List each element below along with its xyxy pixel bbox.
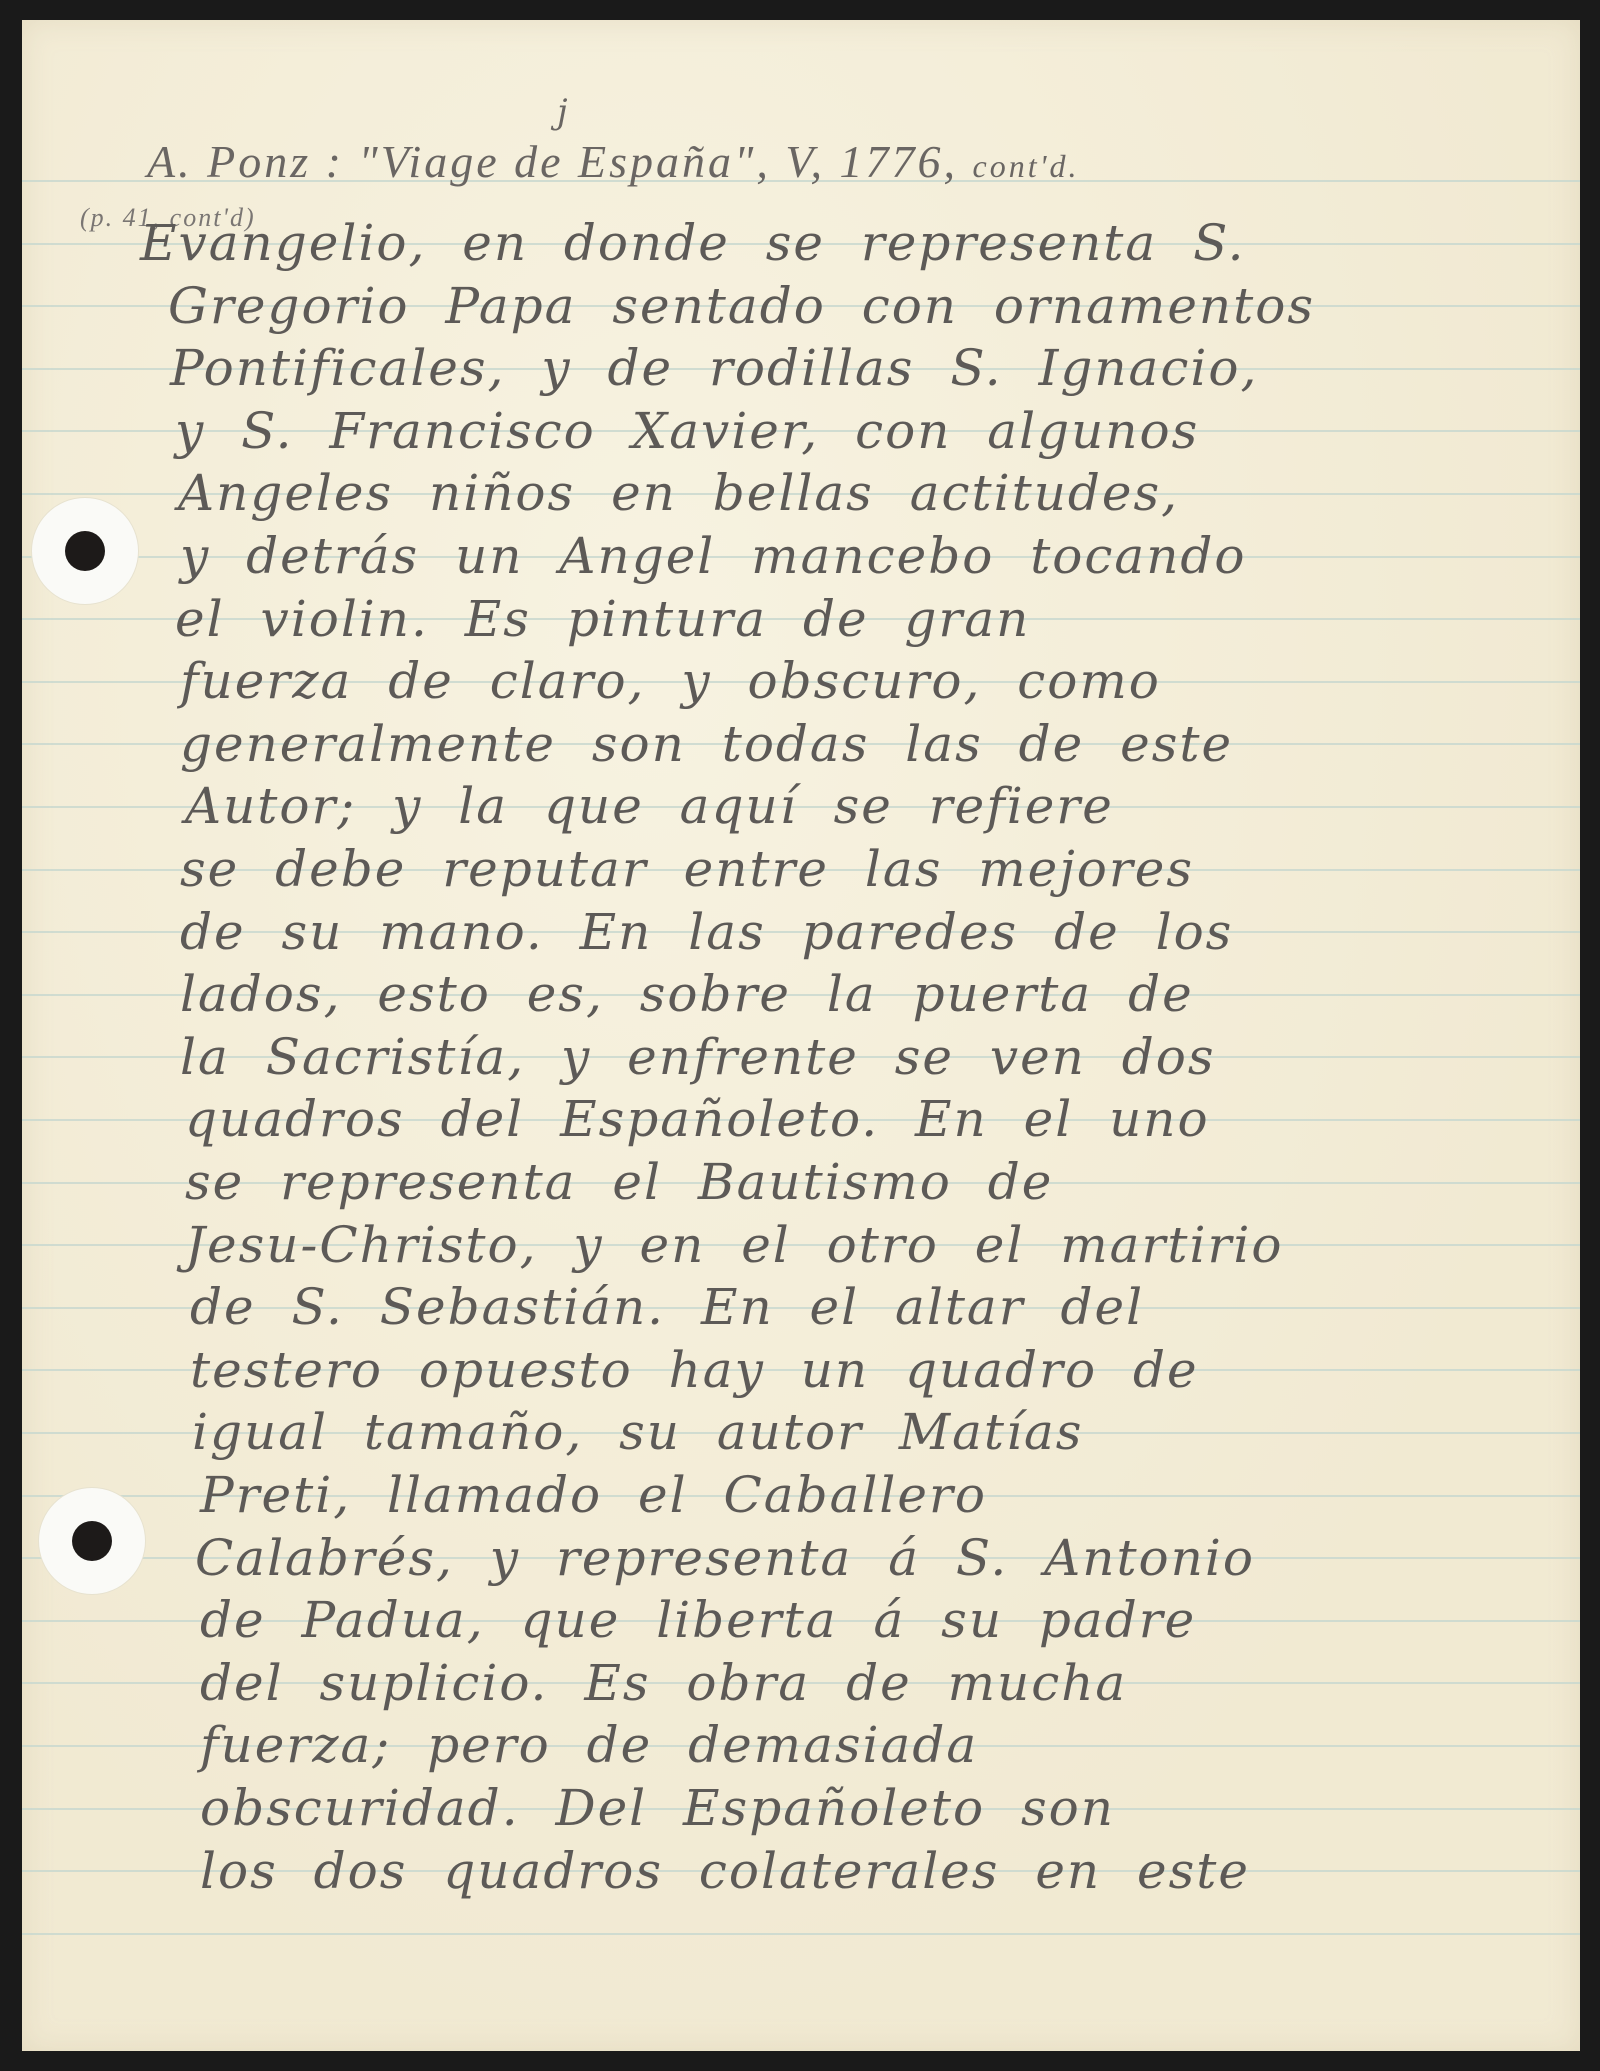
handwritten-line: se debe reputar entre las mejores <box>180 844 1194 894</box>
handwritten-line: de Padua, que liberta á su padre <box>200 1595 1196 1645</box>
handwritten-line: de S. Sebastián. En el altar del <box>190 1282 1144 1332</box>
handwritten-line: Preti, llamado el Caballero <box>200 1470 987 1520</box>
handwritten-line: se representa el Bautismo de <box>185 1157 1053 1207</box>
heading-year: 1776, <box>840 136 959 187</box>
heading-continued: cont'd. <box>973 148 1080 184</box>
binder-hole-upper <box>32 498 138 604</box>
card-heading: A. Ponz : "Viage de España", V, 1776, co… <box>147 135 1079 188</box>
heading-volume: V, <box>785 136 825 187</box>
handwritten-line: lados, esto es, sobre la puerta de <box>180 969 1194 1019</box>
correction-mark: j <box>557 92 570 132</box>
handwritten-line: Angeles niños en bellas actitudes, <box>178 468 1179 518</box>
handwritten-line: Jesu-Christo, y en el otro el martirio <box>185 1220 1283 1270</box>
handwritten-line: Pontificales, y de rodillas S. Ignacio, <box>170 343 1258 393</box>
handwritten-line: la Sacristía, y enfrente se ven dos <box>180 1032 1216 1082</box>
handwritten-line: el violin. Es pintura de gran <box>175 594 1030 644</box>
handwritten-line: y detrás un Angel mancebo tocando <box>180 531 1247 581</box>
binder-hole-lower <box>39 1488 145 1594</box>
handwritten-line: Autor; y la que aquí se refiere <box>185 781 1114 831</box>
handwritten-line: igual tamaño, su autor Matías <box>192 1407 1083 1457</box>
handwritten-line: del suplicio. Es obra de mucha <box>200 1658 1127 1708</box>
handwritten-line: los dos quadros colaterales en este <box>200 1846 1250 1896</box>
handwritten-line: Calabrés, y representa á S. Antonio <box>195 1533 1255 1583</box>
punch-hole-icon <box>72 1521 112 1561</box>
handwritten-line: de su mano. En las paredes de los <box>180 907 1233 957</box>
handwritten-line: obscuridad. Del Españoleto son <box>200 1783 1115 1833</box>
heading-author: A. Ponz : <box>147 136 344 187</box>
handwritten-line: generalmente son todas las de este <box>180 719 1233 769</box>
note-card: A. Ponz : "Viage de España", V, 1776, co… <box>22 20 1580 2051</box>
handwritten-line: Gregorio Papa sentado con ornamentos <box>168 281 1315 331</box>
ruled-line <box>22 1933 1580 1935</box>
handwritten-line: Evangelio, en donde se representa S. <box>140 218 1245 268</box>
handwritten-line: quadros del Españoleto. En el uno <box>185 1094 1210 1144</box>
handwritten-line: y S. Francisco Xavier, con algunos <box>175 406 1199 456</box>
handwritten-line: testero opuesto hay un quadro de <box>190 1345 1199 1395</box>
handwritten-line: fuerza; pero de demasiada <box>200 1720 978 1770</box>
punch-hole-icon <box>65 531 105 571</box>
heading-work: "Viage de España", <box>358 136 770 187</box>
handwritten-line: fuerza de claro, y obscuro, como <box>180 656 1161 706</box>
